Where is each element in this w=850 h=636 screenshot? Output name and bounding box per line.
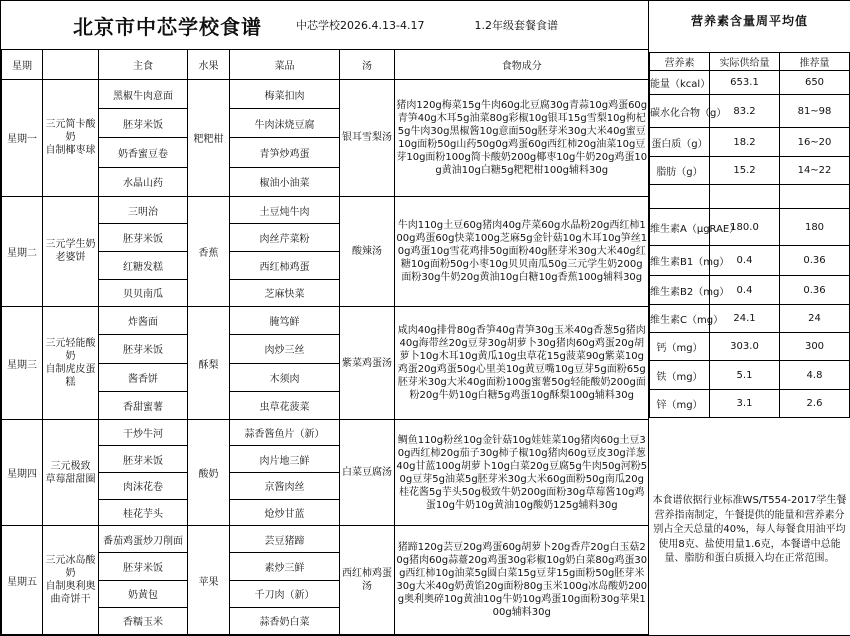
staple-cell: 干炒牛河 [99,419,188,446]
nutrient-label: 锌（mg） [650,390,710,418]
day-row-tuesday: 星期二 三元学生奶 老婆饼 三明治 香蕉 土豆炖牛肉 酸辣汤 牛肉110g土豆6… [2,196,649,224]
fruit-cell: 粑粑柑 [188,80,230,197]
composition-cell: 猪蹄120g芸豆20g鸡蛋60g胡萝卜20g香芹20g白玉菇20g猪肉60g蒜薹… [395,526,649,635]
header-dairy-snack [43,50,99,80]
dish-cell: 京酱肉丝 [230,473,340,500]
weekday-cell: 星期一 [2,80,43,197]
nutrient-label [650,185,710,209]
dish-cell: 西红柿鸡蛋 [230,251,340,279]
nutrition-title: 营养素含量周平均值 [649,12,850,29]
nutrient-row-empty [650,185,850,209]
nutrient-recommended [780,185,850,209]
staple-cell: 奶黄包 [99,580,188,607]
nutrient-actual: 15.2 [710,157,780,185]
dairy-snack-cell: 三元学生奶 老婆饼 [43,196,99,307]
staple-cell: 肉沫花卷 [99,473,188,500]
header-fruit: 水果 [188,50,230,80]
nutrient-actual: 3.1 [710,390,780,418]
dish-cell: 肉炒三丝 [230,335,340,363]
nutrient-row-calcium: 钙（mg） 303.0 300 [650,333,850,361]
dish-cell: 肉丝芹菜粉 [230,224,340,252]
nutrient-recommended: 81~98 [780,95,850,128]
soup-cell: 紫菜鸡蛋汤 [340,307,395,420]
fruit-cell: 苹果 [188,526,230,635]
day-row-friday: 星期五 三元冰岛酸奶 自制奥利奥曲奇饼干 番茄鸡蛋炒刀削面 苹果 芸豆猪蹄 西红… [2,526,649,553]
staple-cell: 酱香饼 [99,363,188,391]
dish-cell: 肉片地三鲜 [230,446,340,473]
staple-cell: 贝贝南瓜 [99,279,188,307]
nutrition-table: 营养素 实际供给量 推荐量 能量（kcal） 653.1 650 碳水化合物（g… [649,52,850,418]
dish-cell: 虫草花菠菜 [230,391,340,419]
staple-cell: 红糖发糕 [99,251,188,279]
staple-cell: 炸酱面 [99,307,188,335]
weekday-cell: 星期五 [2,526,43,635]
weekly-menu-table: 星期 主食 水果 菜品 汤 食物成分 星期一 三元简卡酸奶 自制椰枣球 黑椒牛肉… [1,49,649,635]
nutrient-actual: 5.1 [710,361,780,390]
nutrient-label: 蛋白质（g） [650,128,710,157]
dish-cell: 青笋炒鸡蛋 [230,138,340,167]
fruit-cell: 酸奶 [188,419,230,526]
nutrition-panel: 营养素含量周平均值 营养素 实际供给量 推荐量 能量（kcal） 653.1 6… [648,1,850,635]
title-bar: 北京市中芯学校食谱 中芯学校2026.4.13-4.17 1.2年级套餐食谱 [1,1,648,49]
nutrient-row-energy: 能量（kcal） 653.1 650 [650,71,850,95]
staple-cell: 桂花芋头 [99,499,188,526]
nutrient-label: 维生素A（μgRAE） [650,209,710,246]
header-dishes: 菜品 [230,50,340,80]
menu-header-row: 星期 主食 水果 菜品 汤 食物成分 [2,50,649,80]
nutrient-row-vitamin-b1: 维生素B1（mg） 0.4 0.36 [650,246,850,276]
dish-cell: 芝麻快菜 [230,279,340,307]
nutrient-actual: 303.0 [710,333,780,361]
nutrient-row-iron: 铁（mg） 5.1 4.8 [650,361,850,390]
nutrient-label: 能量（kcal） [650,71,710,95]
composition-cell: 鲷鱼110g粉丝10g金针菇10g娃娃菜10g猪肉60g土豆30g西红柿20g茄… [395,419,649,526]
staple-cell: 奶香蜜豆卷 [99,138,188,167]
nutrient-recommended: 650 [780,71,850,95]
dish-cell: 素炒三鲜 [230,553,340,580]
page-title: 北京市中芯学校食谱 [73,11,262,40]
dairy-snack-cell: 三元冰岛酸奶 自制奥利奥曲奇饼干 [43,526,99,635]
nutrient-row-fat: 脂肪（g） 15.2 14~22 [650,157,850,185]
staple-cell: 胚芽米饭 [99,446,188,473]
staple-cell: 番茄鸡蛋炒刀削面 [99,526,188,553]
composition-cell: 牛肉110g土豆60g猪肉40g芹菜60g水晶粉20g西红柿100g鸡蛋60g快… [395,196,649,307]
nutrient-actual [710,185,780,209]
header-staple: 主食 [99,50,188,80]
nutrient-label: 维生素B2（mg） [650,276,710,305]
nutrient-label: 钙（mg） [650,333,710,361]
staple-cell: 胚芽米饭 [99,335,188,363]
header-recommended: 推荐量 [780,53,850,71]
nutrient-row-vitamin-c: 维生素C（mg） 24.1 24 [650,305,850,333]
nutrient-recommended: 180 [780,209,850,246]
staple-cell: 水晶山药 [99,167,188,196]
nutrient-recommended: 0.36 [780,276,850,305]
nutrient-row-vitamin-b2: 维生素B2（mg） 0.4 0.36 [650,276,850,305]
dish-cell: 土豆炖牛肉 [230,196,340,224]
header-actual-supply: 实际供给量 [710,53,780,71]
dish-cell: 炝炒甘蓝 [230,499,340,526]
staple-cell: 香糯玉米 [99,607,188,634]
composition-cell: 猪肉120g梅菜15g牛肉60g北豆腐30g青蒜10g鸡蛋60g青笋40g木耳5… [395,80,649,197]
day-row-thursday: 星期四 三元极致 草莓甜甜圈 干炒牛河 酸奶 蒜香酱鱼片（新） 白菜豆腐汤 鲷鱼… [2,419,649,446]
composition-cell: 咸肉40g排骨80g香笋40g青笋30g玉米40g香葱5g猪肉40g海带丝20g… [395,307,649,420]
nutrient-actual: 18.2 [710,128,780,157]
staple-cell: 香甜蜜薯 [99,391,188,419]
soup-cell: 西红柿鸡蛋汤 [340,526,395,635]
dish-cell: 腌笃鲜 [230,307,340,335]
day-row-wednesday: 星期三 三元轻能酸奶 自制虎皮蛋糕 炸酱面 酥梨 腌笃鲜 紫菜鸡蛋汤 咸肉40g… [2,307,649,335]
dish-cell: 千刀肉（新） [230,580,340,607]
menu-section: 北京市中芯学校食谱 中芯学校2026.4.13-4.17 1.2年级套餐食谱 星… [1,1,648,635]
nutrient-recommended: 4.8 [780,361,850,390]
school-week-label: 中芯学校2026.4.13-4.17 [296,17,424,33]
dish-cell: 木须肉 [230,363,340,391]
nutrient-row-carbohydrate: 碳水化合物（g） 83.2 81~98 [650,95,850,128]
header-soup: 汤 [340,50,395,80]
dish-cell: 蒜香酱鱼片（新） [230,419,340,446]
weekday-cell: 星期二 [2,196,43,307]
staple-cell: 胚芽米饭 [99,109,188,138]
nutrition-header-row: 营养素 实际供给量 推荐量 [650,53,850,71]
dish-cell: 牛肉沫烧豆腐 [230,109,340,138]
grade-label: 1.2年级套餐食谱 [474,17,558,33]
soup-cell: 酸辣汤 [340,196,395,307]
header-nutrient: 营养素 [650,53,710,71]
dish-cell: 芸豆猪蹄 [230,526,340,553]
weekday-cell: 星期三 [2,307,43,420]
staple-cell: 黑椒牛肉意面 [99,80,188,109]
weekday-cell: 星期四 [2,419,43,526]
dairy-snack-cell: 三元简卡酸奶 自制椰枣球 [43,80,99,197]
nutrient-recommended: 16~20 [780,128,850,157]
nutrient-recommended: 14~22 [780,157,850,185]
nutrient-actual: 653.1 [710,71,780,95]
staple-cell: 胚芽米饭 [99,224,188,252]
day-row-monday: 星期一 三元简卡酸奶 自制椰枣球 黑椒牛肉意面 粑粑柑 梅菜扣肉 银耳雪梨汤 猪… [2,80,649,109]
school-menu-page: 北京市中芯学校食谱 中芯学校2026.4.13-4.17 1.2年级套餐食谱 星… [0,0,850,636]
header-weekday: 星期 [2,50,43,80]
dairy-snack-cell: 三元轻能酸奶 自制虎皮蛋糕 [43,307,99,420]
dish-cell: 椒油小油菜 [230,167,340,196]
nutrient-recommended: 0.36 [780,246,850,276]
nutrient-label: 维生素B1（mg） [650,246,710,276]
nutrient-label: 维生素C（mg） [650,305,710,333]
dish-cell: 梅菜扣肉 [230,80,340,109]
nutrient-recommended: 24 [780,305,850,333]
nutrition-note: 本食谱依据行业标准WS/T554-2017学生餐营养指南制定，午餐提供的能量和营… [653,494,847,567]
dish-cell: 蒜香奶白菜 [230,607,340,634]
nutrient-recommended: 300 [780,333,850,361]
staple-cell: 胚芽米饭 [99,553,188,580]
dairy-snack-cell: 三元极致 草莓甜甜圈 [43,419,99,526]
nutrient-label: 碳水化合物（g） [650,95,710,128]
nutrient-label: 脂肪（g） [650,157,710,185]
nutrient-label: 铁（mg） [650,361,710,390]
nutrient-row-zinc: 锌（mg） 3.1 2.6 [650,390,850,418]
fruit-cell: 酥梨 [188,307,230,420]
nutrient-recommended: 2.6 [780,390,850,418]
soup-cell: 白菜豆腐汤 [340,419,395,526]
soup-cell: 银耳雪梨汤 [340,80,395,197]
nutrient-row-vitamin-a: 维生素A（μgRAE） 180.0 180 [650,209,850,246]
nutrient-row-protein: 蛋白质（g） 18.2 16~20 [650,128,850,157]
staple-cell: 三明治 [99,196,188,224]
header-composition: 食物成分 [395,50,649,80]
fruit-cell: 香蕉 [188,196,230,307]
